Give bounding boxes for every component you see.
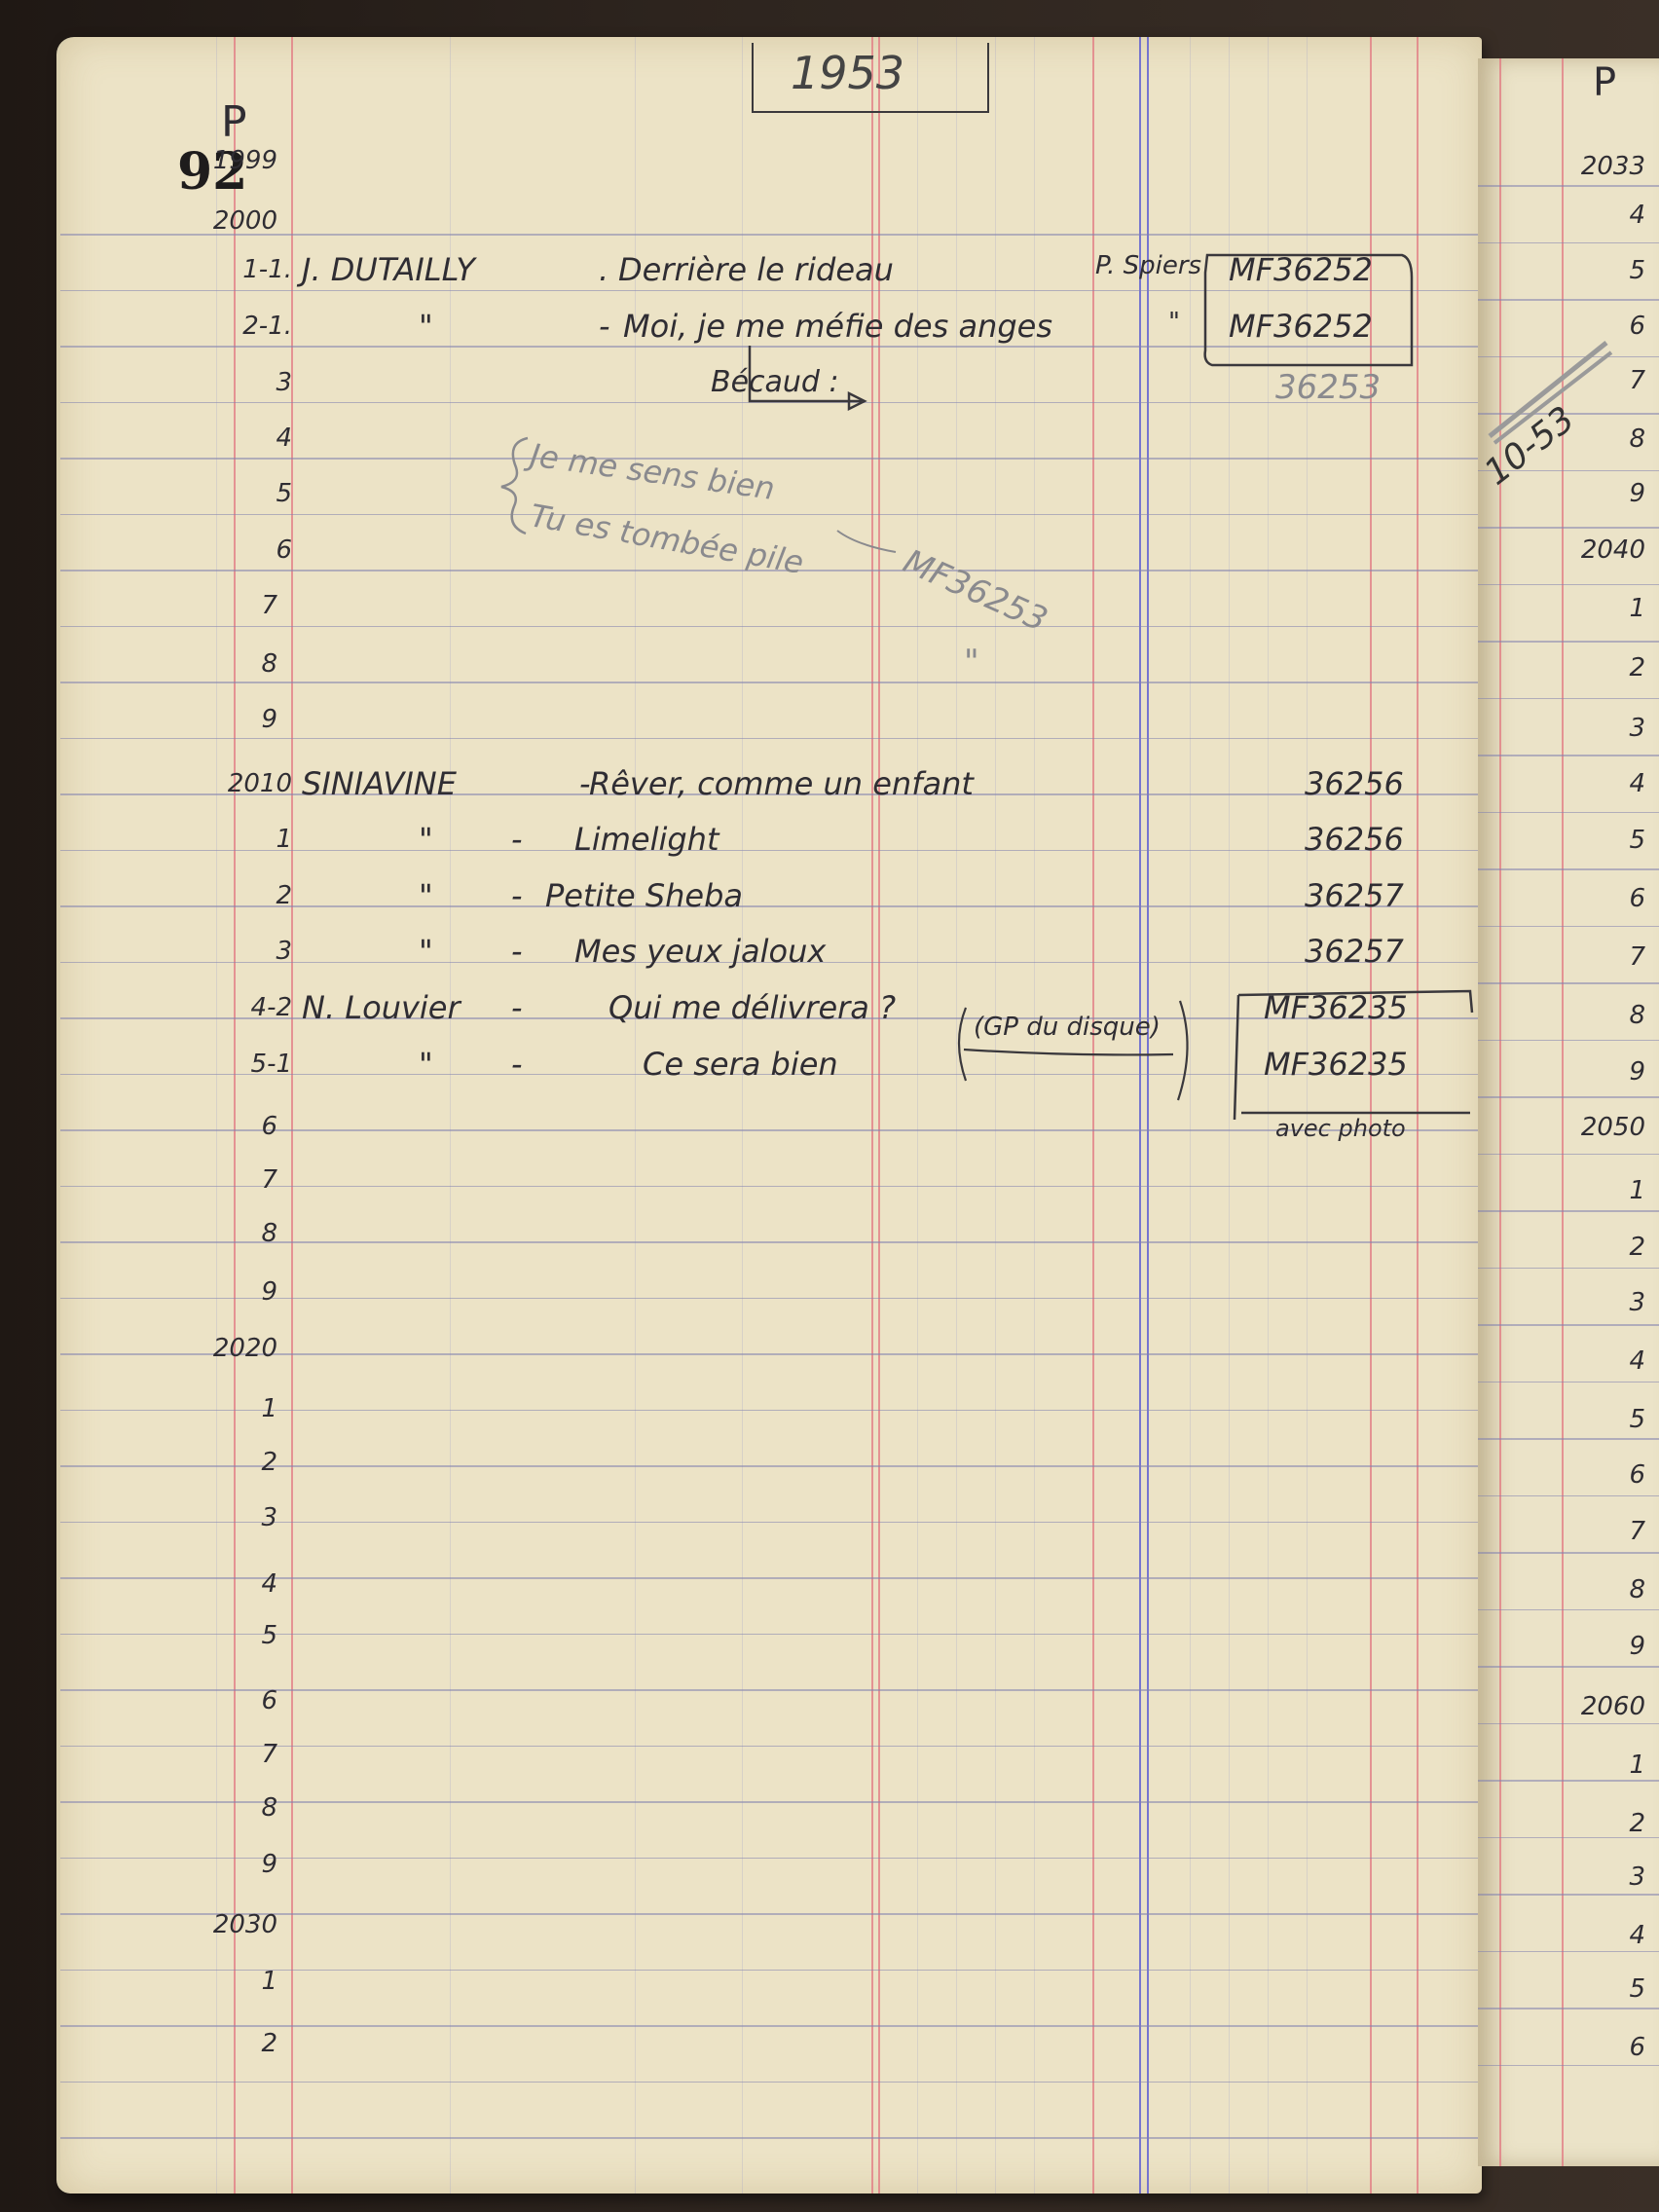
entry-title: Limelight xyxy=(574,821,719,858)
right-line-number: 2033 xyxy=(1581,152,1645,181)
entry-number: 1-1. xyxy=(242,255,292,284)
catalog-number: 36256 xyxy=(1305,765,1404,802)
right-line-number: 9 xyxy=(1629,1057,1645,1087)
line-number: 9 xyxy=(261,1850,277,1879)
catalog-number: MF36235 xyxy=(1264,1046,1408,1083)
right-line-number: 6 xyxy=(1629,2033,1645,2062)
line-number: 8 xyxy=(261,649,277,679)
line-number: 7 xyxy=(261,1740,277,1769)
right-line-number: 9 xyxy=(1629,1632,1645,1661)
entry-separator: - xyxy=(511,877,523,914)
line-number: 7 xyxy=(261,591,277,620)
right-line-number: 1 xyxy=(1629,594,1645,623)
entry-number: 3 xyxy=(276,937,292,966)
right-line-number: 5 xyxy=(1629,826,1645,855)
line-number: 2000 xyxy=(213,206,277,236)
right-line-number: 6 xyxy=(1629,312,1645,341)
right-line-number: 8 xyxy=(1629,424,1645,454)
right-line-number: 5 xyxy=(1629,256,1645,285)
entry-title: Qui me délivrera ? xyxy=(608,989,896,1026)
line-number: 1999 xyxy=(213,146,277,175)
entry-artist: SINIAVINE xyxy=(302,765,457,802)
entry-separator: - xyxy=(511,821,523,858)
line-number: 1 xyxy=(261,1394,277,1423)
brace-icon xyxy=(501,438,528,534)
entry-title: Moi, je me méfie des anges xyxy=(623,308,1052,345)
entry-separator: - xyxy=(511,1046,523,1083)
line-number: 1 xyxy=(261,1967,277,1996)
entry-title: Derrière le rideau xyxy=(618,251,894,288)
right-line-number: 2050 xyxy=(1581,1113,1645,1142)
line-number: 5 xyxy=(261,1621,277,1650)
right-line-number: 5 xyxy=(1629,1974,1645,2004)
entry-number: 4 xyxy=(276,424,292,453)
entry-number: 5-1 xyxy=(251,1050,292,1079)
entry-number: 2010 xyxy=(228,769,292,798)
entry-title: Rêver, comme un enfant xyxy=(589,765,974,802)
right-line-number: 9 xyxy=(1629,479,1645,508)
entry-number: 2-1. xyxy=(242,312,292,341)
line-number: 9 xyxy=(261,1277,277,1307)
catalog-number: 36257 xyxy=(1305,933,1404,970)
right-line-number: 7 xyxy=(1629,366,1645,395)
catalog-number: MF36252 xyxy=(1229,251,1373,288)
line-number: 3 xyxy=(261,1503,277,1532)
entry-number: 5 xyxy=(276,479,292,508)
line-number: 6 xyxy=(261,1686,277,1715)
right-line-number: 2060 xyxy=(1581,1692,1645,1721)
line-number: 2030 xyxy=(213,1910,277,1939)
right-line-number: 4 xyxy=(1629,1346,1645,1376)
right-line-number: 2 xyxy=(1629,653,1645,682)
line-number: 2 xyxy=(261,1448,277,1477)
right-line-number: 6 xyxy=(1629,884,1645,913)
right-line-number: 3 xyxy=(1629,1862,1645,1892)
pencil-ditto-mark: " xyxy=(964,643,979,682)
avec-photo-note: avec photo xyxy=(1275,1115,1406,1142)
entry-number: 4-2 xyxy=(251,993,292,1022)
right-line-number: 4 xyxy=(1629,769,1645,798)
right-line-number: 4 xyxy=(1629,1921,1645,1950)
catalog-number: 36257 xyxy=(1305,877,1404,914)
catalog-number: 36256 xyxy=(1305,821,1404,858)
right-line-number: 7 xyxy=(1629,1517,1645,1546)
line-number: 9 xyxy=(261,705,277,734)
line-number: 2 xyxy=(261,2029,277,2058)
right-line-number: 1 xyxy=(1629,1176,1645,1205)
entry-artist: N. Louvier xyxy=(302,989,461,1026)
line-number: 8 xyxy=(261,1219,277,1248)
entry-artist: J. DUTAILLY xyxy=(302,251,475,288)
entry-number: 1 xyxy=(276,825,292,854)
line-number: 8 xyxy=(261,1793,277,1823)
right-line-number: 8 xyxy=(1629,1575,1645,1604)
pencil-catalog-number: 36253 xyxy=(1275,368,1381,407)
catalog-number: MF36252 xyxy=(1229,308,1373,345)
right-line-number: 2 xyxy=(1629,1809,1645,1838)
gp-note: (GP du disque) xyxy=(974,1013,1161,1042)
entry-number: 6 xyxy=(276,535,292,565)
entry-number: 2 xyxy=(276,881,292,910)
right-line-number: 1 xyxy=(1629,1751,1645,1780)
right-line-number: 3 xyxy=(1629,1288,1645,1317)
right-line-number: 8 xyxy=(1629,1001,1645,1030)
entry-separator: - xyxy=(511,989,523,1026)
right-line-number: 2 xyxy=(1629,1233,1645,1262)
entry-artist: " xyxy=(419,821,433,858)
becaud-annotation: Bécaud : xyxy=(711,365,839,399)
catalog-number: MF36235 xyxy=(1264,989,1408,1026)
entry-artist: " xyxy=(419,1046,433,1083)
right-line-number: 4 xyxy=(1629,201,1645,230)
entry-separator: . xyxy=(599,251,608,288)
entry-title: Petite Sheba xyxy=(545,877,743,914)
entry-separator: - xyxy=(511,933,523,970)
entry-title: Mes yeux jaloux xyxy=(574,933,826,970)
entry-reference: P. Spiers xyxy=(1095,251,1201,280)
entry-artist: " xyxy=(419,933,433,970)
line-number: 4 xyxy=(261,1569,277,1599)
line-number: 2020 xyxy=(213,1334,277,1363)
handwriting-layer: Bécaud : 36253 Je me sens bien Tu es tom… xyxy=(0,0,1659,2212)
entry-separator: - xyxy=(599,308,610,345)
right-line-number: 2040 xyxy=(1581,535,1645,565)
right-line-number: 5 xyxy=(1629,1405,1645,1434)
entry-number: 3 xyxy=(276,368,292,397)
right-line-number: 6 xyxy=(1629,1460,1645,1490)
line-number: 6 xyxy=(261,1112,277,1141)
line-number: 7 xyxy=(261,1165,277,1195)
entry-artist: " xyxy=(419,308,433,345)
right-line-number: 3 xyxy=(1629,714,1645,743)
entry-title: Ce sera bien xyxy=(643,1046,838,1083)
entry-artist: " xyxy=(419,877,433,914)
right-line-number: 7 xyxy=(1629,942,1645,972)
entry-reference: " xyxy=(1168,308,1180,337)
